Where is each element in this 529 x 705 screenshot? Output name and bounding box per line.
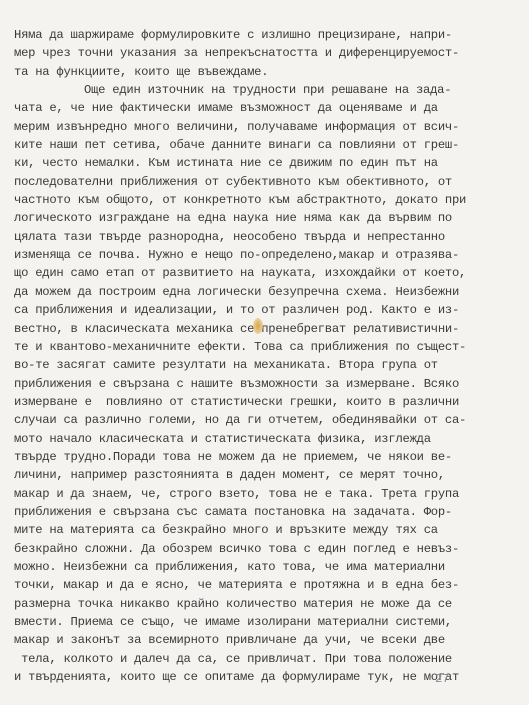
text-line: случаи са различно големи, но да ги отче… <box>14 411 519 429</box>
text-line: размерна точка никакво крайно количество… <box>14 595 519 613</box>
text-line: ките наши пет сетива, обаче данните вина… <box>14 136 519 154</box>
text-line: логическото изграждане на една наука ние… <box>14 209 519 227</box>
text-line: измерване е повлияно от статистически гр… <box>14 393 519 411</box>
text-line: те и квантово-механичните ефекти. Това с… <box>14 338 519 356</box>
text-line: чата е, че ние фактически имаме възможно… <box>14 99 519 117</box>
text-line: са приближения и идеализации, и то от ра… <box>14 301 519 319</box>
text-line: приближения е свързана с нашите възможно… <box>14 375 519 393</box>
page-number: 27 <box>435 672 449 686</box>
text-line: ки, често немалки. Към истината ние се д… <box>14 154 519 172</box>
text-line: мерим извънредно много величини, получав… <box>14 118 519 136</box>
text-line: макар и да знаем, че, строго взето, това… <box>14 485 519 503</box>
text-line: вестно, в класическата механика се прене… <box>14 320 519 338</box>
text-line: що един само етап от развитието на наука… <box>14 264 519 282</box>
text-line: точки, макар и да е ясно, че материята е… <box>14 576 519 594</box>
text-line: та на функциите, които ще въвеждаме. <box>14 63 519 81</box>
text-line: вмести. Приема се също, че имаме изолира… <box>14 613 519 631</box>
text-line: безкрайно сложни. Да обозрем всичко това… <box>14 540 519 558</box>
paragraph-first-line: Още един източник на трудности при решав… <box>14 81 519 99</box>
text-line: мер чрез точни указания за непрекъснатос… <box>14 44 519 62</box>
text-line: личини, например разстоянията в даден мо… <box>14 466 519 484</box>
text-line: частното към общото, от конкретното към … <box>14 191 519 209</box>
document-page: Няма да шаржираме формулировките с излиш… <box>0 0 529 705</box>
text-line: приближения е свързана със самата постан… <box>14 503 519 521</box>
paper-stain <box>253 318 263 334</box>
text-line: Няма да шаржираме формулировките с излиш… <box>14 26 519 44</box>
text-line: макар и законът за всемирното привличане… <box>14 631 519 649</box>
text-line: тела, колкото и далеч да са, се привлича… <box>14 650 519 668</box>
text-line: цялата тази твърде разнородна, неособено… <box>14 228 519 246</box>
text-line: да можем да построим една логически безу… <box>14 283 519 301</box>
text-line: твърде трудно.Поради това не можем да не… <box>14 448 519 466</box>
text-line: мите на материята са безкрайно много и в… <box>14 521 519 539</box>
text-line: мото начало класическата и статистическа… <box>14 430 519 448</box>
text-line: последователни приближения от субективно… <box>14 173 519 191</box>
text-line: можно. Неизбежни са приближения, като то… <box>14 558 519 576</box>
text-line: изменяща се почва. Нужно е нещо по-опред… <box>14 246 519 264</box>
text-line: во-те засягат самите резултати на механи… <box>14 356 519 374</box>
typewritten-text-body: Няма да шаржираме формулировките с излиш… <box>14 26 519 686</box>
